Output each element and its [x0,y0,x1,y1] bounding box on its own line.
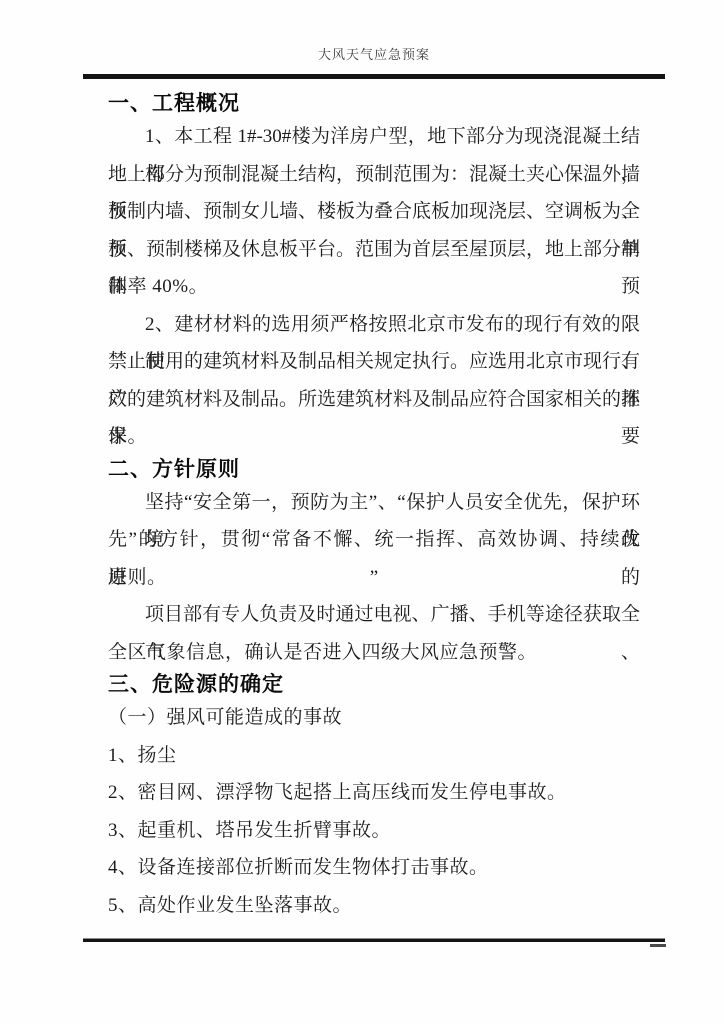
footer-edge-mark [650,944,666,947]
section-heading-1: 一、工程概况 [108,90,640,118]
text-line: 板、预制楼梯及休息板平台。范围为首层至屋顶层，地上部分单体预 [108,231,640,269]
text-line: 2、建材材料的选用须严格按照北京市发布的现行有效的限制、 [108,306,640,344]
list-item: 4、设备连接部位折断而发生物体打击事故。 [108,849,640,887]
text-line: 地上部分为预制混凝土结构，预制范围为：混凝土夹心保温外墙板、 [108,156,640,194]
page-header: 大风天气应急预案 [83,44,665,63]
list-item: 2、密目网、漂浮物飞起搭上高压线而发生停电事故。 [108,774,640,812]
section-heading-2: 二、方针原则 [108,456,640,484]
list-item: 1、扬尘 [108,737,640,775]
section-heading-3: 三、危险源的确定 [108,671,640,699]
list-item: 3、起重机、塔吊发生折臂事故。 [108,812,640,850]
text-line: 禁止使用的建筑材料及制品相关规定执行。应选用北京市现行有效推 [108,343,640,381]
text-line: 预制内墙、预制女儿墙、楼板为叠合底板加现浇层、空调板为全预制 [108,193,640,231]
header-divider [83,74,665,79]
document-page: 大风天气应急预案 一、工程概况 1、本工程 1#-30#楼为洋房户型，地下部分为… [0,0,724,1024]
text-line: 先”的方针，贯彻“常备不懈、统一指挥、高效协调、持续改进”的 [108,521,640,559]
text-line: 坚持“安全第一，预防为主”、“保护人员安全优先，保护环境优 [108,484,640,522]
text-line: 广的建筑材料及制品。所选建筑材料及制品应符合国家相关的环保要 [108,381,640,419]
document-body: 一、工程概况 1、本工程 1#-30#楼为洋房户型，地下部分为现浇混凝土结构， … [108,90,640,924]
text-line: 1、本工程 1#-30#楼为洋房户型，地下部分为现浇混凝土结构， [108,118,640,156]
list-item: 5、高处作业发生坠落事故。 [108,887,640,925]
footer-divider [83,938,665,942]
text-line: 项目部有专人负责及时通过电视、广播、手机等途径获取全市、 [108,596,640,634]
sub-heading: （一）强风可能造成的事故 [108,699,640,737]
page-header-title: 大风天气应急预案 [318,47,430,62]
